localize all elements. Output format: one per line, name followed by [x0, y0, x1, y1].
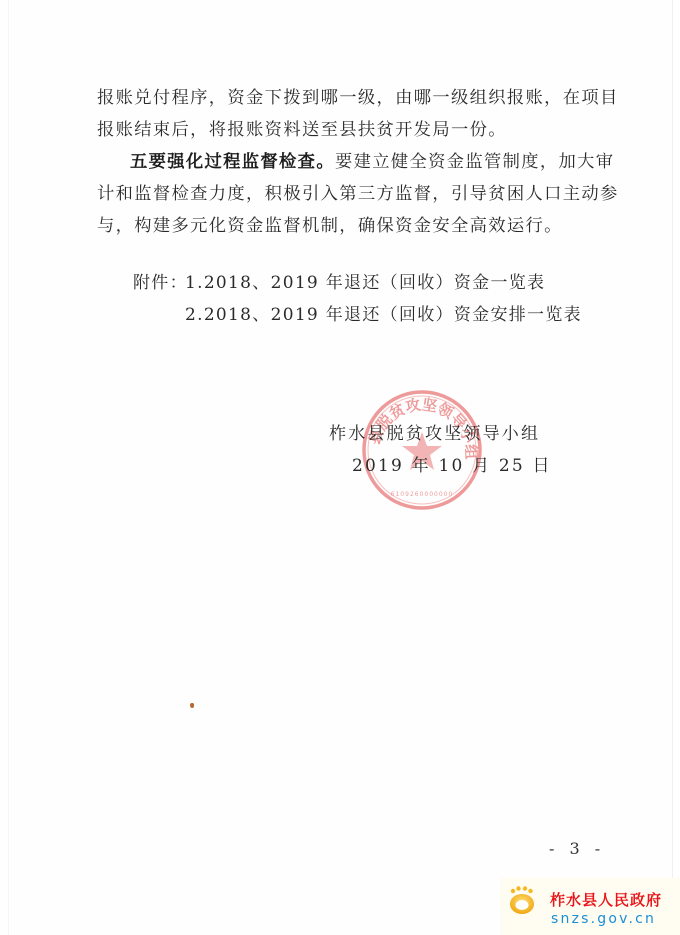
paragraph-2-line-1-text: 要建立健全资金监管制度，加大审	[335, 152, 614, 172]
attachments-label: 附件：	[133, 272, 188, 294]
section-heading: 五要强化过程监督检查。	[130, 152, 335, 172]
attachment-item-2: 2.2018、2019 年退还（回收）资金安排一览表	[185, 304, 582, 326]
signing-date: 2019 年 10 月 25 日	[352, 455, 552, 477]
paragraph-1-line-1: 报账兑付程序，资金下拨到哪一级，由哪一级组织报账，在项目	[97, 87, 619, 109]
watermark-title: 柞水县人民政府	[550, 889, 662, 910]
scan-edge-left	[8, 0, 9, 935]
site-watermark: 柞水县人民政府 snzs.gov.cn	[500, 878, 680, 935]
document-page: 报账兑付程序，资金下拨到哪一级，由哪一级组织报账，在项目 报账结束后，将报账资料…	[0, 0, 680, 935]
attachment-item-1: 1.2018、2019 年退还（回收）资金一览表	[185, 272, 545, 294]
paragraph-2-line-1: 五要强化过程监督检查。要建立健全资金监管制度，加大审	[130, 151, 614, 173]
scan-speck	[190, 703, 194, 708]
signing-organization: 柞水县脱贫攻坚领导小组	[329, 423, 540, 445]
watermark-url: snzs.gov.cn	[551, 911, 656, 927]
svg-text:6109260000000: 6109260000000	[391, 491, 454, 498]
paragraph-2-line-3: 与，构建多元化资金监督机制，确保资金安全高效运行。	[97, 215, 563, 237]
page-number: - 3 -	[549, 839, 605, 858]
paragraph-1-line-2: 报账结束后，将报账资料送至县扶贫开发局一份。	[97, 119, 507, 141]
paw-logo-icon	[506, 885, 538, 917]
scan-edge-right	[672, 0, 680, 935]
official-seal-icon: 县脱贫攻坚领导小组 6109260000000	[360, 388, 484, 512]
paragraph-2-line-2: 计和监督检查力度，积极引入第三方监督，引导贫困人口主动参	[97, 183, 619, 205]
